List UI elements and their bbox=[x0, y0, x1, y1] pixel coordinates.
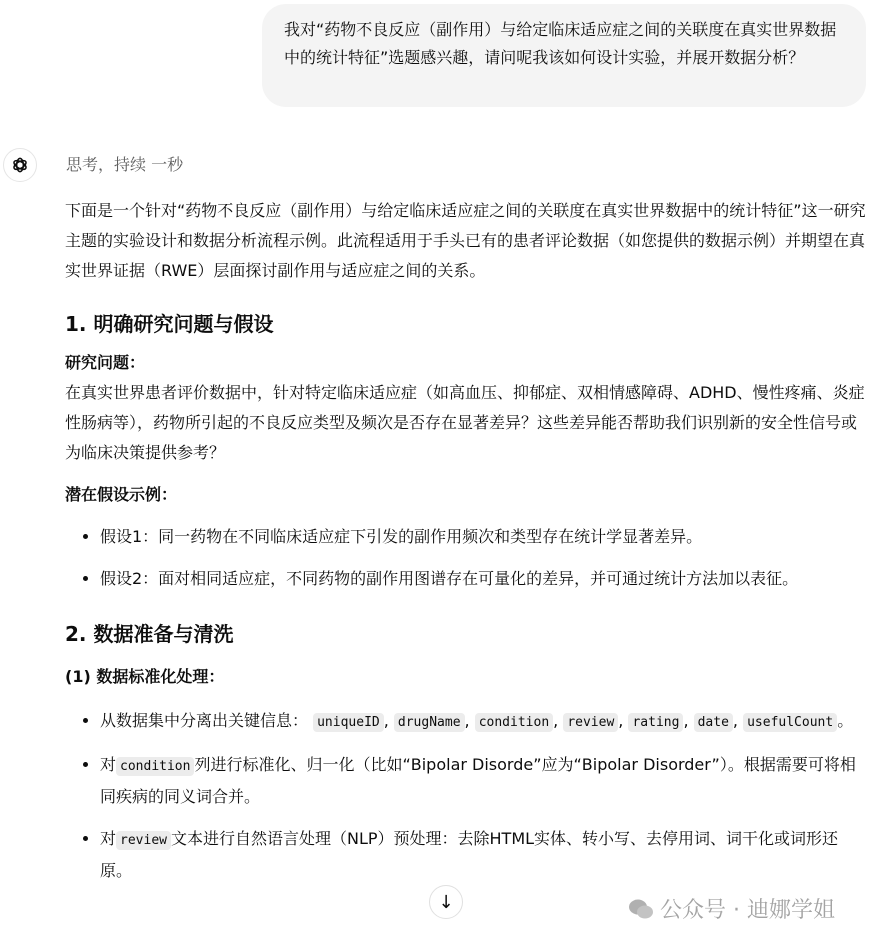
openai-logo-icon bbox=[10, 155, 30, 175]
intro-paragraph: 下面是一个针对“药物不良反应（副作用）与给定临床适应症之间的关联度在真实世界数据… bbox=[65, 196, 870, 286]
hypothesis-label: 潜在假设示例： bbox=[65, 480, 870, 510]
subsection-label-1: (1) 数据标准化处理： bbox=[65, 662, 870, 692]
field-code: rating bbox=[628, 713, 683, 732]
hypothesis-item: 假设2：面对相同适应症，不同药物的副作用图谱存在可量化的差异，并可通过统计方法加… bbox=[100, 564, 870, 594]
watermark: 公众号 · 迪娜学姐 bbox=[628, 893, 835, 924]
research-question-label: 研究问题： bbox=[65, 348, 870, 378]
hypothesis-list: 假设1：同一药物在不同临床适应症下引发的副作用频次和类型存在统计学显著差异。 假… bbox=[65, 522, 870, 594]
thinking-status[interactable]: 思考，持续 一秒 bbox=[66, 154, 183, 176]
cleaning-list: 从数据集中分离出关键信息： uniqueID, drugName, condit… bbox=[65, 706, 870, 886]
list-item-key-fields: 从数据集中分离出关键信息： uniqueID, drugName, condit… bbox=[100, 706, 870, 738]
field-code: drugName bbox=[394, 713, 465, 732]
key-fields-suffix: 。 bbox=[837, 711, 853, 730]
research-question-text: 在真实世界患者评价数据中，针对特定临床适应症（如高血压、抑郁症、双相情感障碍、A… bbox=[65, 378, 870, 468]
section-heading-2: 2. 数据准备与清洗 bbox=[65, 620, 870, 648]
list-item-review: 对review文本进行自然语言处理（NLP）预处理：去除HTML实体、转小写、去… bbox=[100, 824, 870, 886]
user-message-bubble: 我对“药物不良反应（副作用）与给定临床适应症之间的关联度在真实世界数据中的统计特… bbox=[262, 4, 866, 107]
arrow-down-icon: ↓ bbox=[438, 892, 453, 913]
field-code: condition bbox=[116, 757, 194, 776]
field-code: condition bbox=[475, 713, 553, 732]
bullet-prefix: 对 bbox=[100, 755, 116, 774]
field-code: review bbox=[563, 713, 618, 732]
list-item-condition: 对condition列进行标准化、归一化（比如“Bipolar Disorde”… bbox=[100, 750, 870, 812]
key-fields-prefix: 从数据集中分离出关键信息： bbox=[100, 711, 308, 730]
wechat-icon bbox=[628, 898, 654, 920]
field-code: uniqueID bbox=[313, 713, 384, 732]
field-code: usefulCount bbox=[743, 713, 837, 732]
bullet-prefix: 对 bbox=[100, 829, 116, 848]
assistant-avatar bbox=[3, 148, 37, 182]
hypothesis-item: 假设1：同一药物在不同临床适应症下引发的副作用频次和类型存在统计学显著差异。 bbox=[100, 522, 870, 552]
assistant-response: 下面是一个针对“药物不良反应（副作用）与给定临床适应症之间的关联度在真实世界数据… bbox=[65, 196, 870, 886]
watermark-text: 公众号 · 迪娜学姐 bbox=[660, 893, 835, 924]
field-code: review bbox=[116, 831, 171, 850]
field-code: date bbox=[694, 713, 733, 732]
bullet-text: 文本进行自然语言处理（NLP）预处理：去除HTML实体、转小写、去停用词、词干化… bbox=[100, 829, 838, 880]
section-heading-1: 1. 明确研究问题与假设 bbox=[65, 310, 870, 338]
user-message-text: 我对“药物不良反应（副作用）与给定临床适应症之间的关联度在真实世界数据中的统计特… bbox=[284, 20, 836, 67]
bullet-text: 列进行标准化、归一化（比如“Bipolar Disorde”应为“Bipolar… bbox=[100, 755, 856, 806]
scroll-down-button[interactable]: ↓ bbox=[429, 885, 463, 919]
